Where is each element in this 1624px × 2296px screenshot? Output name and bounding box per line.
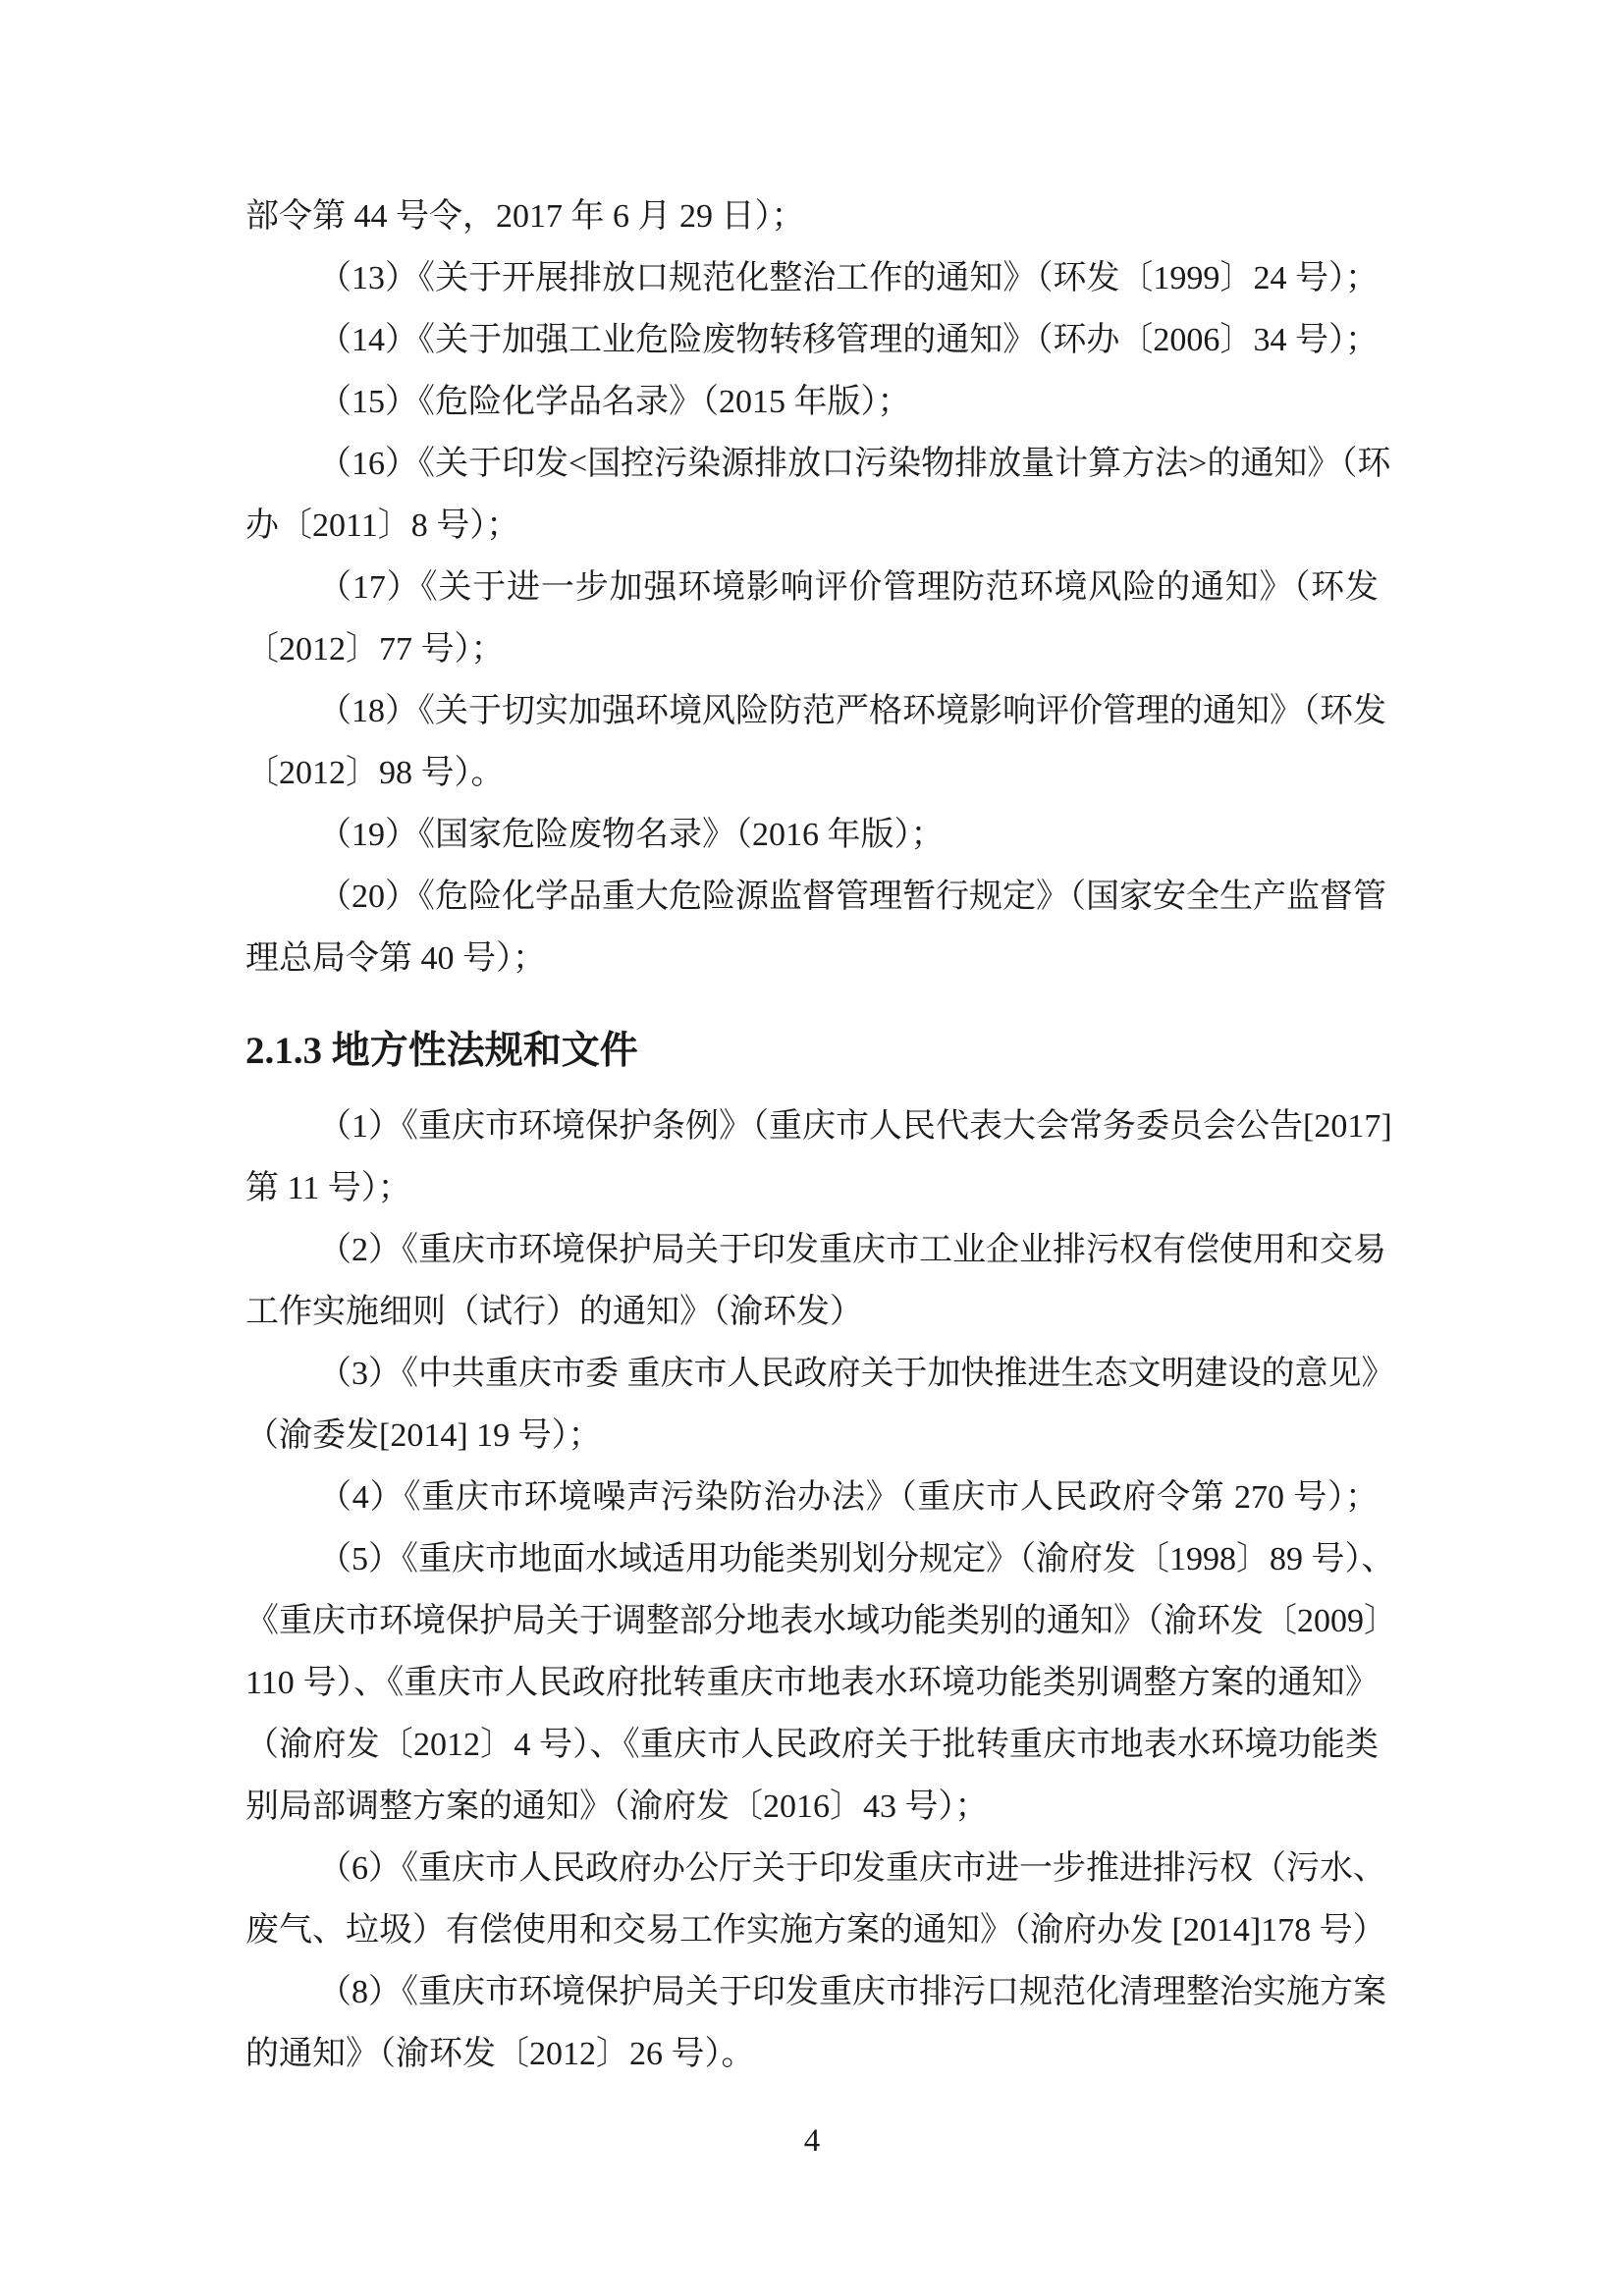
local-item-6: （6）《重庆市人民政府办公厅关于印发重庆市进一步推进排污权（污水、废气、垃圾）有… <box>245 1838 1379 1961</box>
page-number: 4 <box>0 2110 1624 2172</box>
text-line: （15）《危险化学品名录》（2015 年版）； <box>245 371 1379 433</box>
text-line: 〔2012〕98 号）。 <box>245 742 1379 804</box>
local-item-3: （3）《中共重庆市委 重庆市人民政府关于加快推进生态文明建设的意见》（渝委发[2… <box>245 1343 1379 1467</box>
section-heading-2-1-3: 2.1.3 地方性法规和文件 <box>245 1017 1379 1086</box>
text-line: 的通知》（渝环发〔2012〕26 号）。 <box>245 2023 1379 2085</box>
text-line: 110 号）、《重庆市人民政府批转重庆市地表水环境功能类别调整方案的通知》 <box>245 1652 1379 1714</box>
legal-item-18: （18）《关于切实加强环境风险防范严格环境影响评价管理的通知》（环发〔2012〕… <box>245 680 1379 804</box>
text-line: 理总局令第 40 号）； <box>245 928 1379 989</box>
text-line: （渝委发[2014] 19 号）； <box>245 1405 1379 1467</box>
text-line: 〔2012〕77 号）； <box>245 618 1379 680</box>
document-page: 部令第 44 号令，2017 年 6 月 29 日）；（13）《关于开展排放口规… <box>0 0 1624 2296</box>
text-line: （19）《国家危险废物名录》（2016 年版）； <box>245 804 1379 866</box>
local-item-5: （5）《重庆市地面水域适用功能类别划分规定》（渝府发〔1998〕89 号）、《重… <box>245 1528 1379 1838</box>
text-line: （6）《重庆市人民政府办公厅关于印发重庆市进一步推进排污权（污水、 <box>245 1838 1379 1899</box>
text-line: （20）《危险化学品重大危险源监督管理暂行规定》（国家安全生产监督管 <box>245 866 1379 928</box>
text-line: 第 11 号）； <box>245 1157 1379 1219</box>
text-line: 部令第 44 号令，2017 年 6 月 29 日）； <box>245 186 1379 247</box>
legal-item-20: （20）《危险化学品重大危险源监督管理暂行规定》（国家安全生产监督管理总局令第 … <box>245 866 1379 989</box>
text-line: （渝府发〔2012〕4 号）、《重庆市人民政府关于批转重庆市地表水环境功能类 <box>245 1714 1379 1776</box>
text-line: 办〔2011〕8 号）； <box>245 495 1379 557</box>
text-line: （16）《关于印发<国控污染源排放口污染物排放量计算方法>的通知》（环 <box>245 433 1379 495</box>
legal-item-17: （17）《关于进一步加强环境影响评价管理防范环境风险的通知》（环发〔2012〕7… <box>245 557 1379 680</box>
text-line: （13）《关于开展排放口规范化整治工作的通知》（环发〔1999〕24 号）； <box>245 247 1379 309</box>
legal-item-14: （14）《关于加强工业危险废物转移管理的通知》（环办〔2006〕34 号）； <box>245 309 1379 371</box>
text-line: （8）《重庆市环境保护局关于印发重庆市排污口规范化清理整治实施方案 <box>245 1961 1379 2023</box>
text-line: （3）《中共重庆市委 重庆市人民政府关于加快推进生态文明建设的意见》 <box>245 1343 1379 1405</box>
text-line: 《重庆市环境保护局关于调整部分地表水域功能类别的通知》（渝环发〔2009〕 <box>245 1590 1379 1652</box>
legal-item-13: （13）《关于开展排放口规范化整治工作的通知》（环发〔1999〕24 号）； <box>245 247 1379 309</box>
local-item-1: （1）《重庆市环境保护条例》（重庆市人民代表大会常务委员会公告[2017]第 1… <box>245 1095 1379 1219</box>
text-line: （1）《重庆市环境保护条例》（重庆市人民代表大会常务委员会公告[2017] <box>245 1095 1379 1157</box>
text-line: （17）《关于进一步加强环境影响评价管理防范环境风险的通知》（环发 <box>245 557 1379 618</box>
local-item-2: （2）《重庆市环境保护局关于印发重庆市工业企业排污权有偿使用和交易工作实施细则（… <box>245 1219 1379 1343</box>
text-line: （2）《重庆市环境保护局关于印发重庆市工业企业排污权有偿使用和交易 <box>245 1219 1379 1281</box>
local-item-4: （4）《重庆市环境噪声污染防治办法》（重庆市人民政府令第 270 号）； <box>245 1467 1379 1528</box>
local-item-8: （8）《重庆市环境保护局关于印发重庆市排污口规范化清理整治实施方案的通知》（渝环… <box>245 1961 1379 2085</box>
document-body: 部令第 44 号令，2017 年 6 月 29 日）；（13）《关于开展排放口规… <box>245 186 1379 2085</box>
legal-item-16: （16）《关于印发<国控污染源排放口污染物排放量计算方法>的通知》（环办〔201… <box>245 433 1379 557</box>
text-line: 别局部调整方案的通知》（渝府发〔2016〕43 号）； <box>245 1776 1379 1838</box>
text-line: 工作实施细则（试行）的通知》（渝环发） <box>245 1281 1379 1343</box>
para-continuation-ministry-decree: 部令第 44 号令，2017 年 6 月 29 日）； <box>245 186 1379 247</box>
text-line: （18）《关于切实加强环境风险防范严格环境影响评价管理的通知》（环发 <box>245 680 1379 742</box>
text-line: （14）《关于加强工业危险废物转移管理的通知》（环办〔2006〕34 号）； <box>245 309 1379 371</box>
legal-item-15: （15）《危险化学品名录》（2015 年版）； <box>245 371 1379 433</box>
text-line: 废气、垃圾）有偿使用和交易工作实施方案的通知》（渝府办发 [2014]178 号… <box>245 1899 1379 1961</box>
text-line: （5）《重庆市地面水域适用功能类别划分规定》（渝府发〔1998〕89 号）、 <box>245 1528 1379 1590</box>
legal-item-19: （19）《国家危险废物名录》（2016 年版）； <box>245 804 1379 866</box>
text-line: （4）《重庆市环境噪声污染防治办法》（重庆市人民政府令第 270 号）； <box>245 1467 1379 1528</box>
